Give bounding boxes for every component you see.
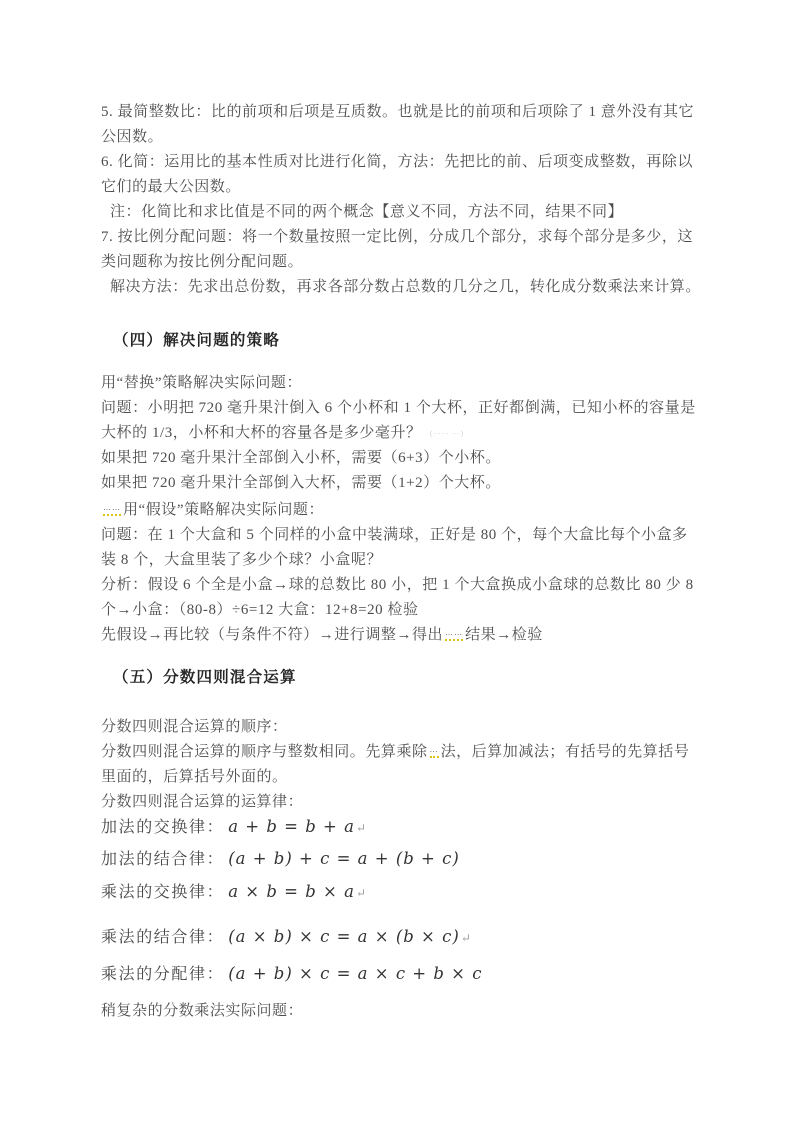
closing-paragraph: 稍复杂的分数乘法实际问题： (101, 999, 701, 1024)
document-page: 5. 最简整数比：比的前项和后项是互质数。也就是比的前项和后项除了 1 意外没有… (0, 0, 793, 1122)
text-segment: 分数四则混合运算的顺序与整数相同。先算乘除 (101, 744, 428, 760)
text-line: 分数四则混合运算的顺序与整数相同。先算乘除⋯法，后算加减法；有括号的先算括号 (101, 740, 701, 765)
formula-label: 加法的结合律： (101, 851, 224, 868)
text-segment: 结果→检验 (465, 627, 543, 643)
text-line: 装 8 个，大盒里装了多少个球？小盒呢？ (101, 548, 701, 573)
formula-label: 乘法的分配律： (101, 966, 224, 983)
text-line-note: 注：化简比和求比值是不同的两个概念【意义不同，方法不同，结果不同】 (101, 200, 701, 225)
text-line: 问题：小明把 720 毫升果汁倒入 6 个小杯和 1 个大杯，正好都倒满，已知小… (101, 396, 701, 421)
text-line: 分析：假设 6 个全是小盒→球的总数比 80 小，把 1 个大盒换成小盒球的总数… (101, 573, 701, 598)
formula-expression: (a × b) × c = a × (b × c) (228, 927, 460, 946)
paragraph-return-icon: ↵ (356, 886, 366, 900)
text-line: 个→小盒：（80-8）÷6=12 大盒：12+8=20 检验 (101, 598, 701, 623)
formula-expression: a × b = b × a (228, 882, 355, 901)
ratio-notes-paragraph: 5. 最简整数比：比的前项和后项是互质数。也就是比的前项和后项除了 1 意外没有… (101, 100, 701, 300)
assumption-strategy-paragraph: ⋯⋯用“假设”策略解决实际问题： 问题：在 1 个大盒和 5 个同样的小盒中装满… (101, 498, 701, 648)
formula-label: 加法的交换律： (101, 819, 224, 836)
formula-addition-associative: 加法的结合律：(a + b) + c = a + (b + c) (101, 847, 461, 871)
spellcheck-revision-artifact: ⋯⋯ (103, 506, 121, 516)
text-line-solution: 解决方法：先求出总份数，再求各部分数占总数的几分之几，转化成分数乘法来计算。 (101, 275, 701, 300)
text-line: 它们的最大公因数。 (101, 175, 701, 200)
formula-expression: a + b = b + a (228, 817, 355, 836)
spellcheck-revision-artifact: ⋯⋯ (445, 631, 463, 641)
formula-addition-commutative: 加法的交换律：a + b = b + a↵ (101, 815, 366, 839)
formula-multiplication-commutative: 乘法的交换律：a × b = b × a↵ (101, 880, 366, 904)
paragraph-return-icon: ↵ (461, 931, 471, 945)
text-line: 如果把 720 毫升果汁全部倒入大杯，需要（1+2）个大杯。 (101, 471, 701, 496)
illegible-revision-artifact: （⋯⋯ ⋯） (426, 430, 469, 438)
section-heading-four: （四）解决问题的策略 (113, 328, 280, 353)
text-line: 大杯的 1/3，小杯和大杯的容量各是多少毫升？（⋯⋯ ⋯） (101, 421, 701, 446)
text-segment: 大杯的 1/3，小杯和大杯的容量各是多少毫升？ (101, 425, 422, 441)
text-segment: 用“假设”策略解决实际问题： (123, 502, 324, 518)
formula-expression: (a + b) × c = a × c + b × c (228, 964, 482, 983)
text-line: 5. 最简整数比：比的前项和后项是互质数。也就是比的前项和后项除了 1 意外没有… (101, 100, 701, 125)
text-line: 分数四则混合运算的运算律： (101, 790, 701, 815)
text-line: ⋯⋯用“假设”策略解决实际问题： (101, 498, 701, 523)
text-line: 里面的，后算括号外面的。 (101, 765, 701, 790)
text-segment: 法，后算加减法；有括号的先算括号 (441, 744, 690, 760)
text-line: 公因数。 (101, 125, 701, 150)
formula-label: 乘法的交换律： (101, 884, 224, 901)
formula-multiplication-distributive: 乘法的分配律：(a + b) × c = a × c + b × c (101, 962, 484, 986)
text-line: 如果把 720 毫升果汁全部倒入小杯，需要（6+3）个小杯。 (101, 446, 701, 471)
text-line: 问题：在 1 个大盒和 5 个同样的小盒中装满球，正好是 80 个，每个大盒比每… (101, 523, 701, 548)
formula-label: 乘法的结合律： (101, 929, 224, 946)
text-segment: 先假设→再比较（与条件不符）→进行调整→得出 (101, 627, 443, 643)
text-line: 用“替换”策略解决实际问题： (101, 371, 701, 396)
text-line: 类问题称为按比例分配问题。 (101, 250, 701, 275)
text-line: 先假设→再比较（与条件不符）→进行调整→得出⋯⋯结果→检验 (101, 623, 701, 648)
substitution-strategy-paragraph: 用“替换”策略解决实际问题： 问题：小明把 720 毫升果汁倒入 6 个小杯和 … (101, 371, 701, 496)
fraction-operations-paragraph: 分数四则混合运算的顺序： 分数四则混合运算的顺序与整数相同。先算乘除⋯法，后算加… (101, 715, 701, 815)
section-heading-five: （五）分数四则混合运算 (113, 665, 297, 690)
text-line: 稍复杂的分数乘法实际问题： (101, 999, 701, 1024)
spellcheck-revision-artifact: ⋯ (430, 748, 439, 758)
text-line: 6. 化简：运用比的基本性质对比进行化简，方法：先把比的前、后项变成整数，再除以 (101, 150, 701, 175)
formula-expression: (a + b) + c = a + (b + c) (228, 849, 460, 868)
text-line: 7. 按比例分配问题：将一个数量按照一定比例，分成几个部分，求每个部分是多少，这 (101, 225, 701, 250)
paragraph-return-icon: ↵ (356, 821, 366, 835)
text-line: 分数四则混合运算的顺序： (101, 715, 701, 740)
formula-multiplication-associative: 乘法的结合律：(a × b) × c = a × (b × c)↵ (101, 925, 471, 949)
